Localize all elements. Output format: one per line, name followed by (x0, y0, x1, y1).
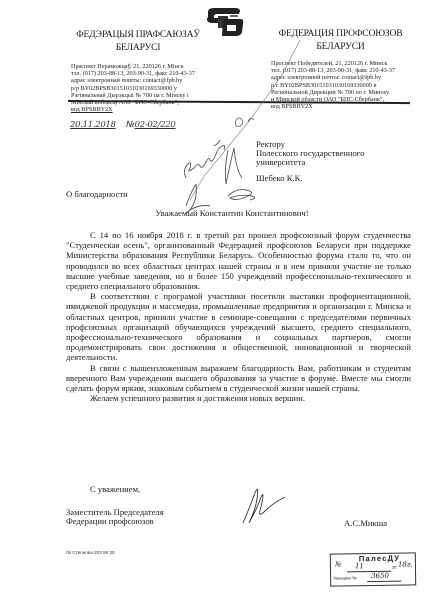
address-line: р/с BY02BPSB30151031030169330000 в (271, 82, 411, 89)
body-paragraph: В соответствии с програмой участники пос… (66, 291, 411, 362)
org-name-line1: ФЕДЭРАЦЫЯ ПРАФСАЮЗАЎ (68, 29, 208, 42)
address-line: адрас электроннай пошты: contact@fpb.by (71, 77, 211, 84)
addressee-org-line2: университета (256, 158, 364, 167)
registration-number-prefix: № (126, 120, 135, 130)
registration-number: 02-02/220 (135, 120, 176, 130)
bank-code: код BPSBBY2X (71, 106, 211, 113)
incoming-stamp: ПалесДУ № 11 20 18г. Уваходны № 3650 (330, 552, 416, 586)
address-line: тел. (017) 203-88-13, 203-90-31, факс 21… (271, 67, 411, 74)
signatory-signature (243, 489, 285, 523)
addressee-block: Ректору Полесского государственного унив… (256, 140, 364, 183)
org-name-line2: БЕЛАРУСІ (68, 42, 208, 55)
body-paragraph: В связи с вышеизложенным выражаем благод… (66, 363, 411, 394)
resolution-signature (184, 140, 224, 178)
org-title-russian: ФЕДЕРАЦИЯ ПРОФСОЮЗОВ БЕЛАРУСИ (268, 28, 413, 53)
fpb-logo-icon (205, 6, 245, 38)
letter-body: С 14 по 16 ноября 2018 г. в третий раз п… (66, 230, 411, 403)
body-paragraph: Желаем успешного развития и достижения н… (66, 393, 411, 403)
registration-line: 20.11.2018 №02-02/220 (70, 120, 176, 130)
registration-date: 20.11.2018 (70, 120, 116, 130)
signatory-role: Заместитель Председателя Федерации профс… (66, 508, 164, 527)
org-title-belarusian: ФЕДЭРАЦЫЯ ПРАФСАЮЗАЎ БЕЛАРУСІ (68, 29, 208, 54)
address-line: Рэгіянальнай Дырэкцыі № 700 па г. Мінску… (71, 92, 211, 99)
address-line: Праспект Пераможцаў, 21, 220126 г. Мінск (71, 63, 211, 70)
org-name-line1: ФЕДЕРАЦИЯ ПРОФСОЮЗОВ (268, 28, 413, 41)
closing-phrase: С уважением, (90, 484, 140, 494)
address-line: Проспект Победителей, 21, 220126 г. Минс… (271, 60, 411, 67)
salutation: Уважаемый Константин Константинович! (0, 208, 424, 218)
address-line: тэл. (017) 203-88-13, 203-90-31, факс 21… (71, 70, 211, 77)
org-name-line2: БЕЛАРУСИ (268, 41, 413, 54)
stamp-title: ПалесДУ (359, 554, 401, 564)
stamp-day: 11 (355, 562, 364, 570)
signatory-name: А.С.Микша (344, 518, 387, 528)
stamp-no-label: № (335, 560, 342, 568)
stamp-incoming-label: Уваходны № (333, 575, 357, 580)
bank-code: код BPSBBY2X (271, 103, 411, 110)
address-line: Региональной Дирекции № 700 по г. Минску (271, 89, 411, 96)
initials-signature (185, 148, 242, 214)
stamp-year-prefix: 20 (392, 565, 397, 570)
addressee-name: Шебеко К.К. (256, 174, 364, 183)
executor-info: 08 Степнова 203 96 30 (66, 550, 115, 555)
stamp-year: 18г. (398, 560, 413, 568)
stamp-incoming-number: 3650 (371, 572, 389, 580)
address-line: адрес электронной почты: contact@fpb.by (271, 74, 411, 81)
signatory-role-line2: Федерации профсоюзов (66, 517, 164, 526)
body-paragraph: С 14 по 16 ноября 2018 г. в третий раз п… (66, 230, 411, 291)
address-block-belarusian: Праспект Пераможцаў, 21, 220126 г. Мінск… (71, 63, 211, 113)
letter-subject: О благодарности (66, 189, 128, 199)
address-line: р/р BY02BPSB30151031030169330000 у (71, 85, 211, 92)
